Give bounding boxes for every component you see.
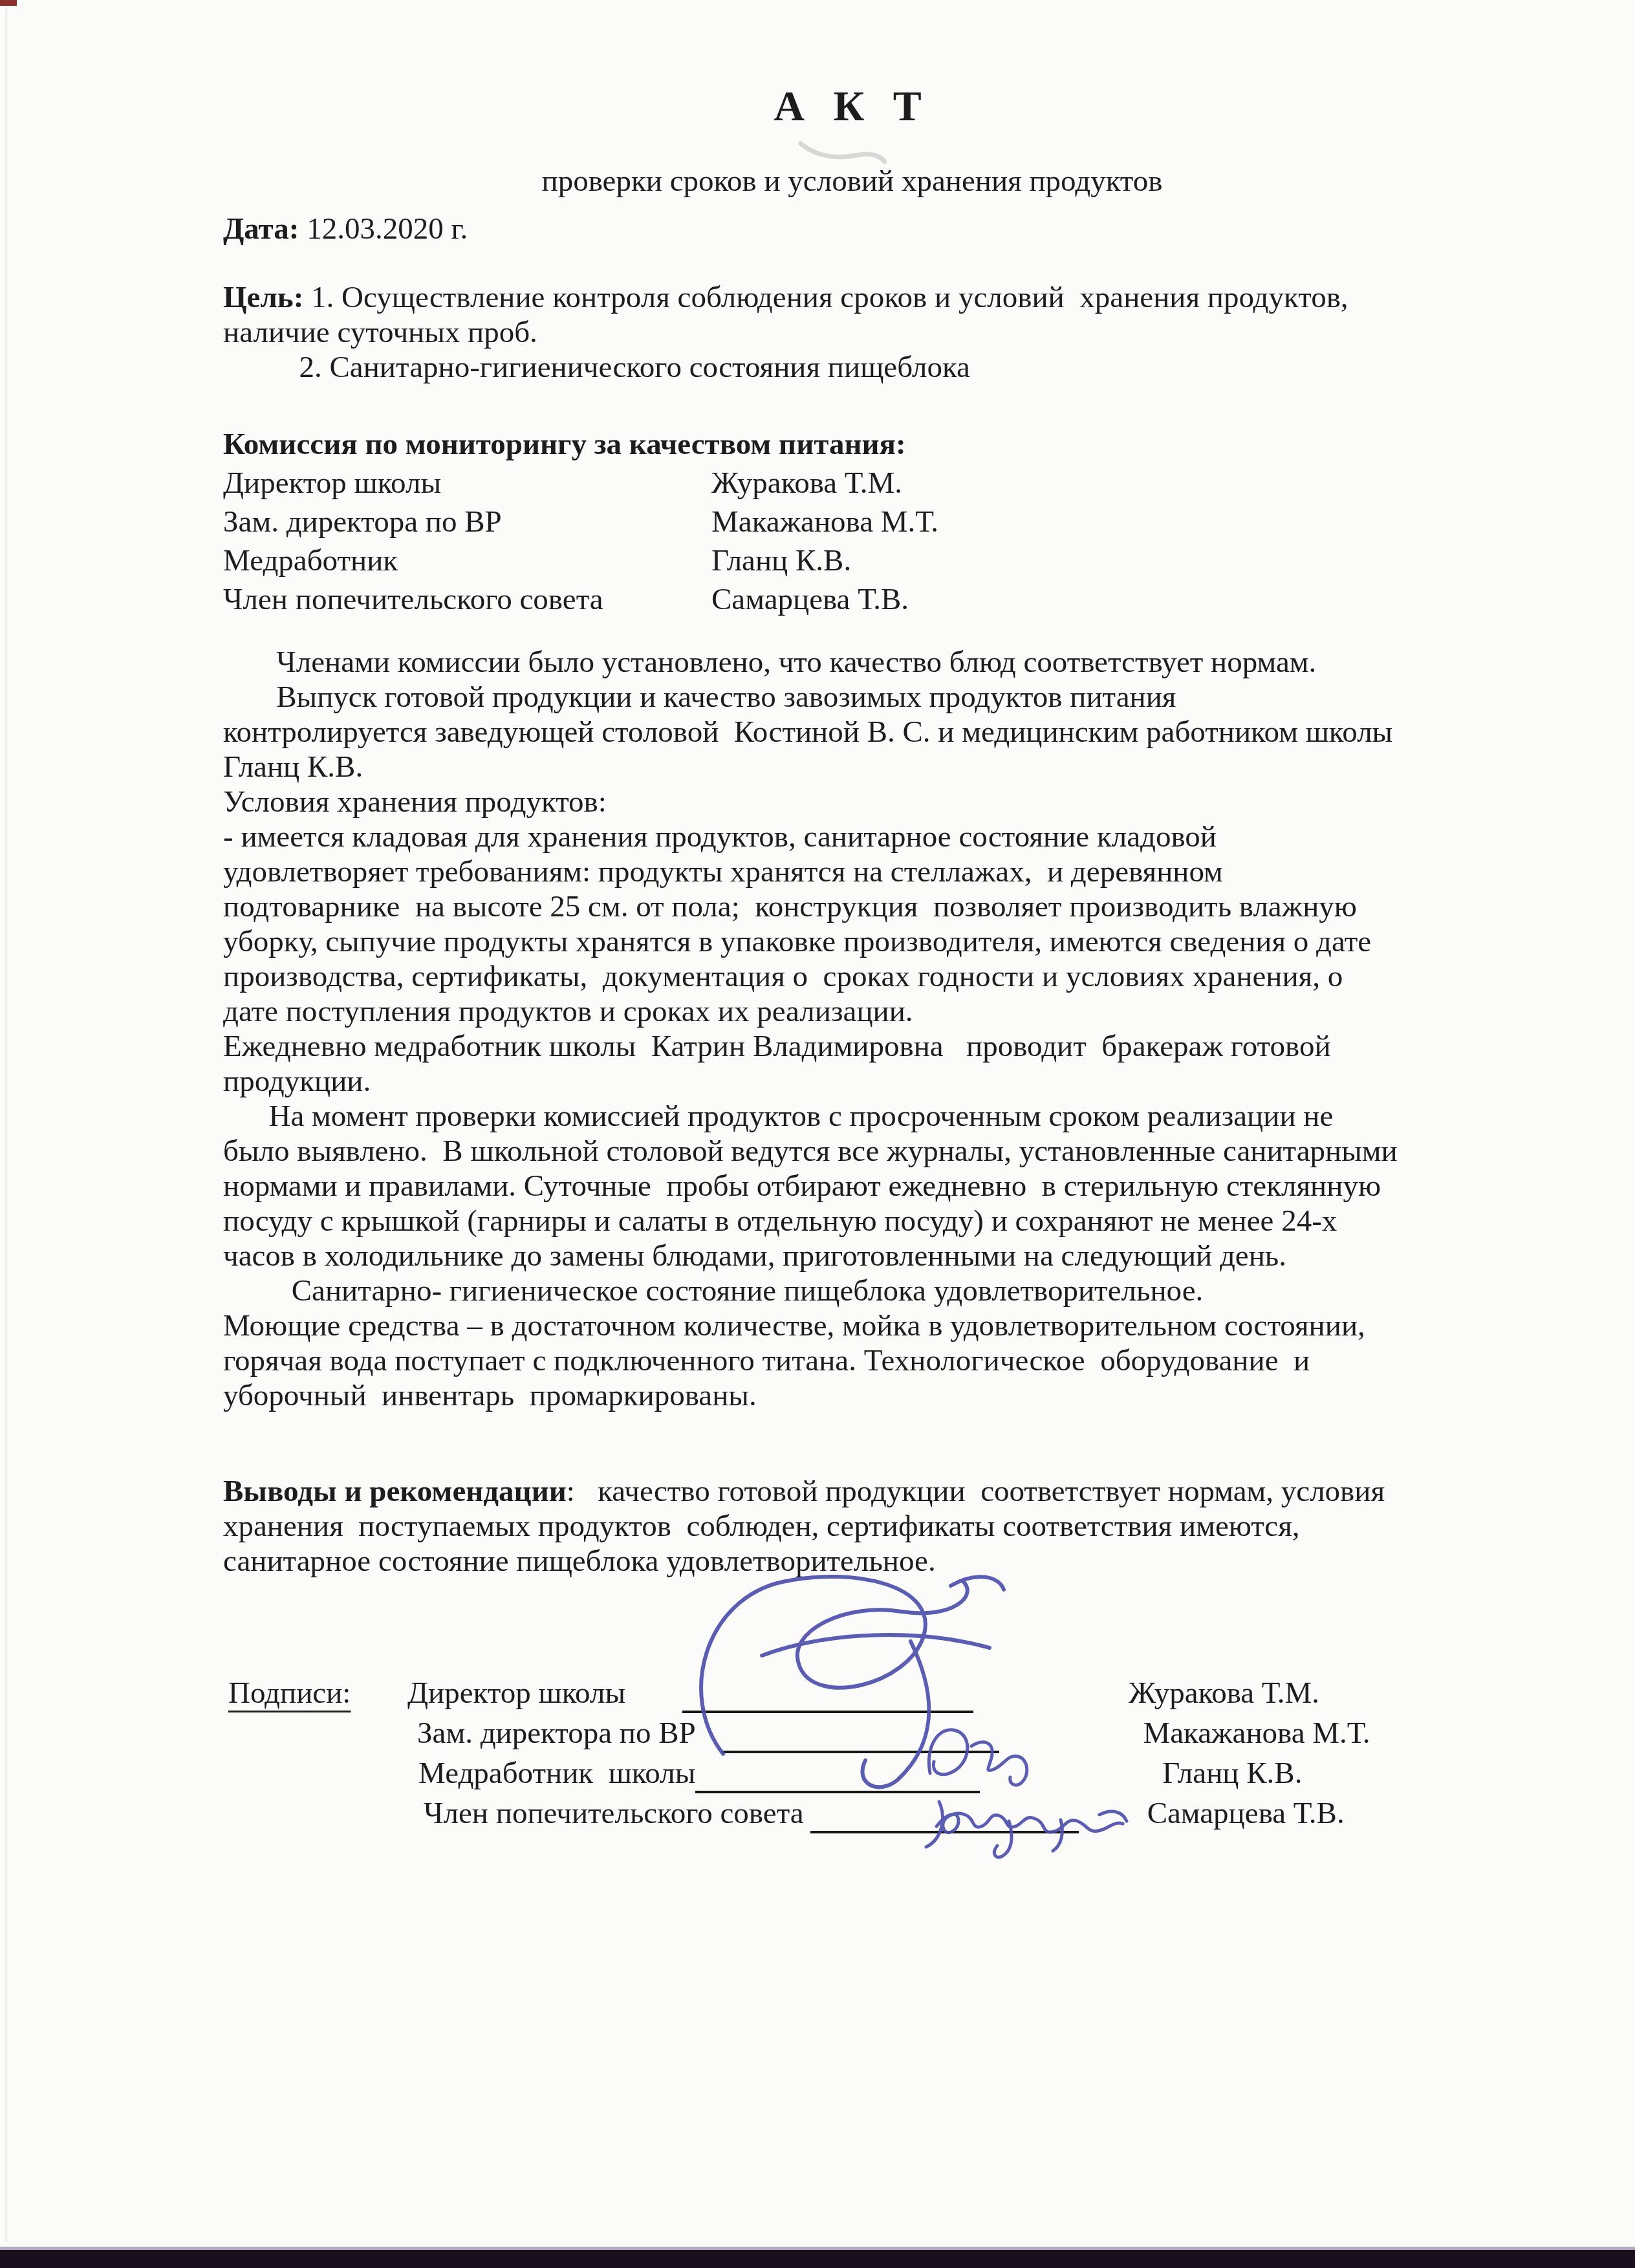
body-line: производства, сертификаты, документация … (223, 959, 1481, 994)
document-subtitle: проверки сроков и условий хранения проду… (223, 164, 1481, 199)
body-line: Санитарно- гигиеническое состояние пищеб… (223, 1273, 1481, 1308)
member-role: Член попечительского совета (223, 580, 711, 619)
body-line: Выпуск готовой продукции и качество заво… (223, 680, 1481, 715)
date-label: Дата: (223, 212, 299, 246)
date-value: 12.03.2020 г. (299, 212, 468, 246)
signature-name: Журакова Т.М. (1129, 1673, 1319, 1713)
signature-row: Член попечительского совета Самарцева Т.… (424, 1793, 1481, 1833)
body-line: На момент проверки комиссией продуктов с… (223, 1099, 1481, 1134)
signature-row: Зам. директора по ВР Макажанова М.Т. (417, 1713, 1481, 1753)
signature-role: Директор школы (407, 1673, 625, 1713)
body-line: уборочный инвентарь промаркированы. (223, 1378, 1481, 1413)
commission-row: Директор школы Журакова Т.М. (223, 464, 1481, 502)
body-line: Членами комиссии было установлено, что к… (223, 645, 1481, 680)
commission-row: Член попечительского совета Самарцева Т.… (223, 580, 1481, 619)
body-line: подтоварнике на высоте 25 см. от пола; к… (223, 889, 1481, 924)
body-line: дате поступления продуктов и сроках их р… (223, 994, 1481, 1029)
goal-section: Цель: 1. Осуществление контроля соблюден… (223, 280, 1481, 385)
document-page: А К Т проверки сроков и условий хранения… (0, 0, 1635, 2268)
signature-name: Макажанова М.Т. (1143, 1713, 1370, 1753)
member-name: Самарцева Т.В. (711, 580, 909, 619)
member-role: Директор школы (223, 464, 711, 502)
signatures-heading: Подписи: (228, 1673, 351, 1713)
body-line: Ежедневно медработник школы Катрин Влади… (223, 1029, 1481, 1064)
signature-role: Член попечительского совета (424, 1793, 804, 1833)
body-line: горячая вода поступает с подключенного т… (223, 1343, 1481, 1378)
signatures-section: Подписи: Директор школы Журакова Т.М. За… (223, 1673, 1481, 1833)
body-line: контролируется заведующей столовой Кости… (223, 715, 1481, 750)
conclusions-line-1: Выводы и рекомендации: качество готовой … (223, 1474, 1481, 1509)
date-line: Дата: 12.03.2020 г. (223, 211, 1481, 246)
commission-section: Комиссия по мониторингу за качеством пит… (223, 425, 1481, 619)
body-line: часов в холодильнике до замены блюдами, … (223, 1238, 1481, 1273)
signature-row: Директор школы Журакова Т.М. (407, 1673, 1481, 1713)
goal-line-2: наличие суточных проб. (223, 315, 1481, 350)
goal-line-1-text: 1. Осуществление контроля соблюдения сро… (303, 281, 1348, 314)
member-name: Макажанова М.Т. (711, 502, 938, 541)
signature-name: Самарцева Т.В. (1147, 1793, 1345, 1833)
conclusions-line-2: хранения поступаемых продуктов соблюден,… (223, 1509, 1481, 1544)
scanned-document: { "colors": { "ink_text": "#1d1c1e", "si… (0, 0, 1635, 2268)
signature-name: Гланц К.В. (1162, 1753, 1302, 1793)
signature-line (721, 1742, 999, 1753)
signature-row: Медработник школы Гланц К.В. (418, 1753, 1481, 1793)
body-line: Моющие средства – в достаточном количест… (223, 1308, 1481, 1343)
conclusions-section: Выводы и рекомендации: качество готовой … (223, 1474, 1481, 1579)
signature-line (810, 1822, 1079, 1833)
body-paragraphs: Членами комиссии было установлено, что к… (223, 645, 1481, 1413)
commission-row: Медработник Гланц К.В. (223, 541, 1481, 580)
bottom-scan-band (0, 2247, 1635, 2268)
member-name: Журакова Т.М. (711, 464, 902, 502)
goal-label: Цель: (223, 281, 303, 314)
member-role: Зам. директора по ВР (223, 502, 711, 541)
conclusions-line-1-text: : качество готовой продукции соответству… (567, 1474, 1385, 1508)
signature-line (695, 1782, 980, 1793)
scan-corner-mark (0, 0, 17, 6)
member-name: Гланц К.В. (711, 541, 851, 580)
body-line: удовлетворяет требованиям: продукты хран… (223, 854, 1481, 889)
body-line: продукции. (223, 1064, 1481, 1099)
body-line: посуду с крышкой (гарниры и салаты в отд… (223, 1204, 1481, 1238)
conclusions-line-3: санитарное состояние пищеблока удовлетво… (223, 1544, 1481, 1579)
document-title: А К Т (223, 84, 1481, 129)
signature-role: Медработник школы (418, 1753, 695, 1793)
commission-heading: Комиссия по мониторингу за качеством пит… (223, 425, 1481, 464)
conclusions-label: Выводы и рекомендации (223, 1474, 567, 1508)
signature-line (682, 1701, 973, 1713)
body-line: Гланц К.В. (223, 750, 1481, 784)
goal-line-1: Цель: 1. Осуществление контроля соблюден… (223, 280, 1481, 315)
commission-row: Зам. директора по ВР Макажанова М.Т. (223, 502, 1481, 541)
goal-line-3: 2. Санитарно-гигиенического состояния пи… (223, 350, 1481, 385)
body-line: - имеется кладовая для хранения продукто… (223, 819, 1481, 854)
body-line: уборку, сыпучие продукты хранятся в упак… (223, 924, 1481, 959)
member-role: Медработник (223, 541, 711, 580)
body-line: было выявлено. В школьной столовой ведут… (223, 1134, 1481, 1169)
body-line: Условия хранения продуктов: (223, 784, 1481, 819)
signature-role: Зам. директора по ВР (417, 1713, 703, 1753)
body-line: нормами и правилами. Суточные пробы отби… (223, 1169, 1481, 1204)
scan-left-edge-artifact (5, 0, 7, 2242)
